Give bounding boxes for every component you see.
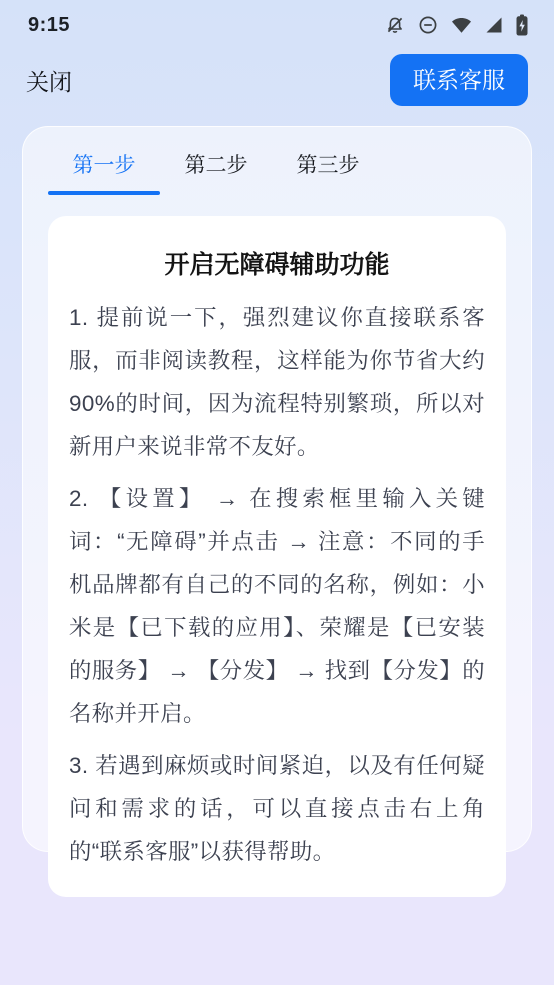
do-not-disturb-icon — [418, 15, 438, 35]
tab-step-1-label: 第一步 — [73, 154, 136, 177]
status-bar: 9:15 — [0, 0, 554, 40]
instructions-panel: 开启无障碍辅助功能 1. 提前说一下，强烈建议你直接联系客服，而非阅读教程，这样… — [48, 216, 506, 897]
tab-step-2-label: 第二步 — [185, 154, 248, 177]
instructions-title: 开启无障碍辅助功能 — [69, 245, 485, 281]
close-button[interactable]: 关闭 — [26, 64, 72, 97]
tab-step-2[interactable]: 第二步 — [160, 147, 272, 195]
notifications-off-icon — [385, 15, 405, 35]
tutorial-card: 第一步 第二步 第三步 开启无障碍辅助功能 1. 提前说一下，强烈建议你直接联系… — [22, 126, 532, 852]
tab-step-3[interactable]: 第三步 — [272, 147, 384, 195]
wifi-icon — [451, 16, 472, 34]
instruction-paragraph-2: 2. 【设置】 → 在搜索框里输入关键词：“无障碍”并点击 → 注意：不同的手机… — [69, 477, 485, 735]
contact-support-button[interactable]: 联系客服 — [390, 54, 528, 106]
instruction-paragraph-1: 1. 提前说一下，强烈建议你直接联系客服，而非阅读教程，这样能为你节省大约90%… — [69, 296, 485, 468]
status-time: 9:15 — [28, 14, 70, 37]
instruction-paragraph-3: 3. 若遇到麻烦或时间紧迫，以及有任何疑问和需求的话，可以直接点击右上角的“联系… — [69, 744, 485, 873]
tab-step-1[interactable]: 第一步 — [48, 147, 160, 195]
tab-step-3-label: 第三步 — [297, 154, 360, 177]
cellular-signal-icon — [485, 16, 503, 34]
active-tab-underline — [48, 191, 160, 195]
battery-charging-icon — [516, 14, 528, 36]
status-icons — [385, 14, 528, 36]
step-tabs: 第一步 第二步 第三步 — [48, 147, 506, 195]
header: 关闭 联系客服 — [0, 40, 554, 126]
